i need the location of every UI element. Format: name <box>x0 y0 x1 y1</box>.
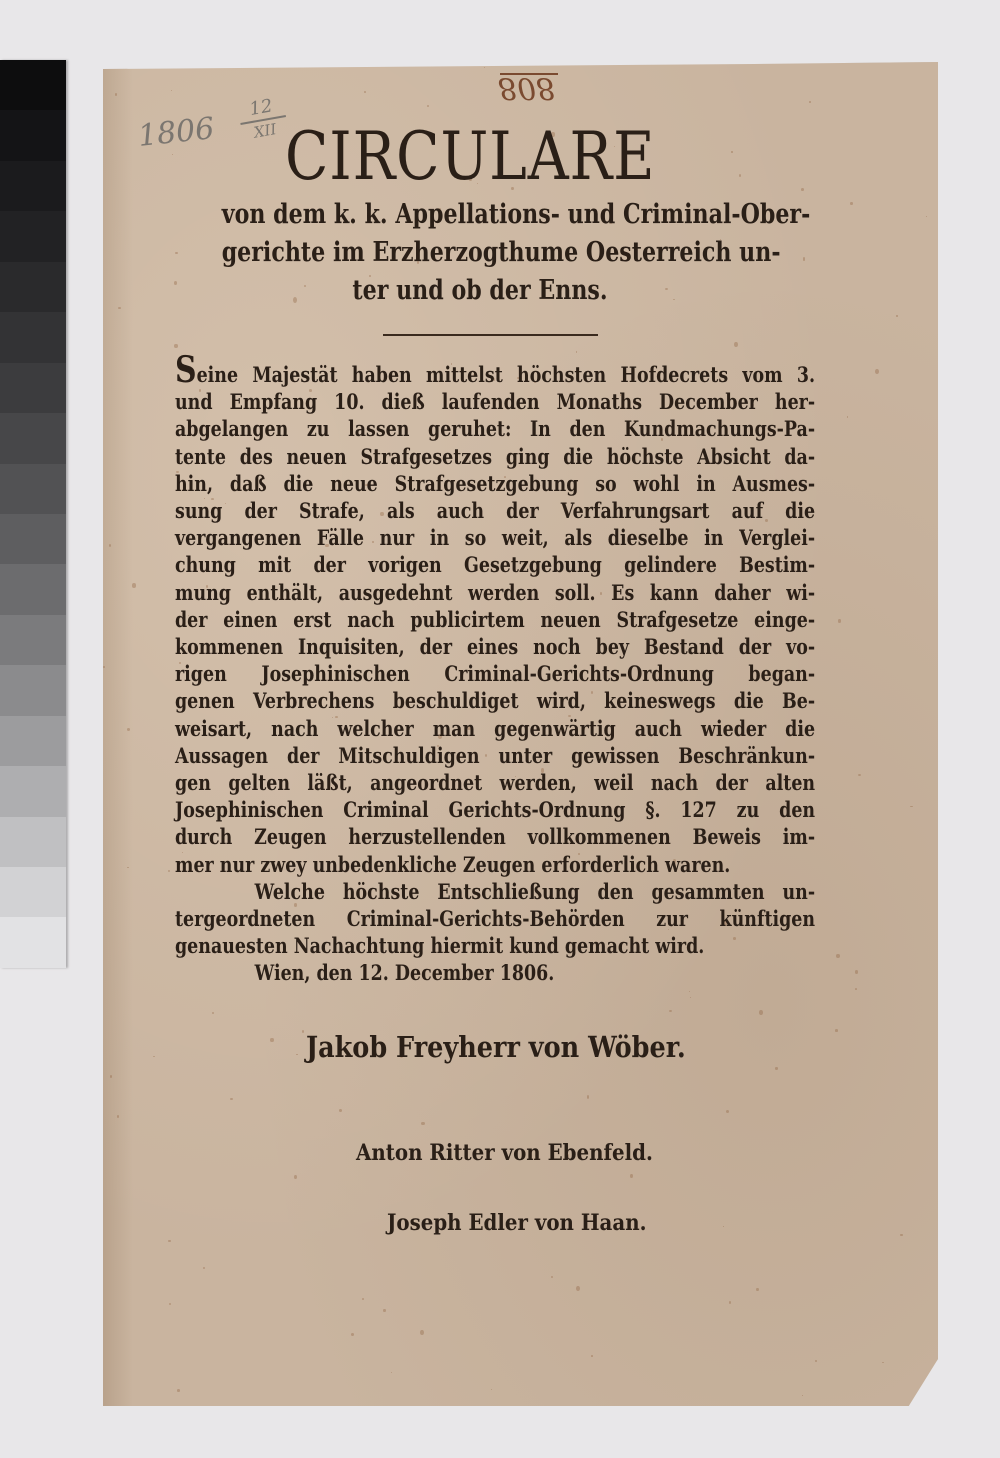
body-line: tente des neuen Strafgesetzes ging die h… <box>175 443 815 470</box>
paper-fiber <box>875 369 879 374</box>
paper-fiber <box>836 954 840 957</box>
paper-fiber <box>910 806 912 808</box>
paper-fiber <box>669 1010 672 1012</box>
body-line: sung der Strafe, als auch der Verfahrung… <box>175 497 815 524</box>
paper-fiber <box>383 1309 385 1312</box>
paper-fiber <box>127 728 130 731</box>
paper-fiber <box>203 1267 206 1270</box>
signature-president: Jakob Freyherr von Wöber. <box>306 1030 686 1064</box>
grayscale-step <box>0 211 66 261</box>
grayscale-step <box>0 262 66 312</box>
grayscale-step <box>0 665 66 715</box>
paper-fiber <box>174 344 177 347</box>
body-line: und Empfang 10. dieß laufenden Monaths D… <box>175 388 815 415</box>
body-line: hin, daß die neue Strafgesetzgebung so w… <box>175 470 815 497</box>
paper-fiber <box>731 151 732 152</box>
grayscale-calibration-strip <box>0 60 66 968</box>
issuer-line: gerichte im Erzherzogthume Oesterreich u… <box>222 234 739 272</box>
body-line: mer nur zwey unbedenkliche Zeugen erford… <box>175 851 815 878</box>
grayscale-step <box>0 413 66 463</box>
paper-fiber <box>296 1054 298 1056</box>
paper-fiber <box>802 1395 804 1396</box>
paper-fiber <box>339 1109 342 1112</box>
signature-councillor-1: Anton Ritter von Ebenfeld. <box>356 1140 653 1166</box>
body-line: kommenen Inquisiten, der eines noch bey … <box>175 633 815 660</box>
paper-fiber <box>809 101 810 103</box>
grayscale-step <box>0 716 66 766</box>
paper-fiber <box>364 91 366 93</box>
body-line: Josephinischen Criminal Gerichts-Ordnung… <box>175 796 815 823</box>
body-line: tergeordneten Criminal-Gerichts-Behörden… <box>175 905 815 932</box>
paper-fiber <box>127 867 129 868</box>
paper-fiber <box>900 1234 902 1237</box>
paper-fiber <box>169 1303 171 1305</box>
section-divider <box>383 334 598 336</box>
paper-fiber <box>882 1362 884 1363</box>
paper-fiber <box>171 90 173 91</box>
grayscale-step <box>0 817 66 867</box>
paper-fiber <box>212 1012 214 1014</box>
decree-body: Seine Majestät haben mittelst höchsten H… <box>175 360 815 987</box>
paper-fiber <box>172 154 173 156</box>
grayscale-step <box>0 615 66 665</box>
grayscale-step <box>0 60 66 110</box>
grayscale-step <box>0 917 66 967</box>
paper-fiber <box>775 1067 778 1069</box>
grayscale-step <box>0 161 66 211</box>
paper-fiber <box>690 997 691 998</box>
paper-fiber <box>118 307 121 309</box>
body-line: durch Zeugen herzustellenden vollkommene… <box>175 823 815 850</box>
paper-fiber <box>168 1240 170 1243</box>
paper-fiber <box>132 583 136 587</box>
body-line: gen gelten läßt, angeordnet werden, weil… <box>175 769 815 796</box>
issuer-heading: von dem k. k. Appellations- und Criminal… <box>165 196 795 310</box>
grayscale-step <box>0 110 66 160</box>
paper-fiber <box>420 1330 424 1336</box>
body-line: der einen erst nach publicirtem neuen St… <box>175 606 815 633</box>
paper-fiber <box>484 67 485 68</box>
body-line: chung mit der vorigen Gesetzgebung gelin… <box>175 551 815 578</box>
drop-cap: S <box>175 349 197 391</box>
paper-fiber <box>230 1098 233 1100</box>
paper-fiber <box>759 1010 763 1015</box>
paper-fiber <box>576 351 578 353</box>
paper-fiber <box>896 315 897 316</box>
paper-fiber <box>723 1226 724 1227</box>
paper-fiber <box>729 1301 731 1304</box>
paper-fiber <box>551 1276 553 1278</box>
body-line: genen Verbrechens beschuldiget wird, kei… <box>175 687 815 714</box>
grayscale-step <box>0 363 66 413</box>
paper-fiber <box>491 1389 492 1390</box>
signature-councillor-2: Joseph Edler von Haan. <box>387 1210 646 1236</box>
paper-fiber <box>858 774 861 776</box>
paper-fiber <box>815 1360 817 1362</box>
paper-fiber <box>855 970 858 973</box>
grayscale-step <box>0 867 66 917</box>
paper-fiber <box>115 93 117 96</box>
paper-fiber <box>726 1110 729 1113</box>
paper-fiber <box>294 1175 297 1179</box>
grayscale-step <box>0 766 66 816</box>
paper-fiber <box>421 1122 425 1126</box>
paper-fiber <box>835 1029 838 1032</box>
ink-archive-number: 808 <box>498 70 555 105</box>
paper-fiber <box>117 1115 119 1118</box>
paper-fiber <box>153 1056 155 1057</box>
paper-fiber <box>177 1389 180 1392</box>
paper-fiber <box>576 1286 580 1291</box>
paper-fiber <box>847 416 848 418</box>
grayscale-step <box>0 514 66 564</box>
paper-fiber <box>168 870 170 872</box>
grayscale-step <box>0 564 66 614</box>
grayscale-step <box>0 464 66 514</box>
paper-fiber <box>391 1372 392 1373</box>
paper-fiber <box>850 202 852 205</box>
paper-fiber <box>270 1038 273 1042</box>
paper-fiber <box>630 1174 633 1178</box>
issuer-line: von dem k. k. Appellations- und Criminal… <box>222 196 739 234</box>
paper-fiber <box>591 1355 592 1357</box>
paper-fiber <box>689 991 690 992</box>
document-title: CIRCULARE <box>285 118 638 195</box>
body-line: Seine Majestät haben mittelst höchsten H… <box>175 360 815 388</box>
paper-fiber <box>756 1288 758 1291</box>
paper-fiber <box>739 174 741 177</box>
body-line: Aussagen der Mitschuldigen unter gewisse… <box>175 742 815 769</box>
paper-fiber <box>362 1298 364 1300</box>
paper-fiber <box>801 188 804 191</box>
paper-fiber <box>351 1333 354 1336</box>
paper-fiber <box>109 544 111 547</box>
paper-fiber <box>855 988 857 990</box>
paper-fiber <box>587 1095 590 1098</box>
paper-fiber <box>803 257 806 261</box>
paper-fiber <box>240 63 243 65</box>
paper-fiber <box>926 216 927 218</box>
pencil-date-annotation: 12 XII <box>237 94 290 143</box>
date-line: Wien, den 12. December 1806. <box>175 959 815 986</box>
paper-fiber <box>838 619 840 623</box>
body-line: weisart, nach welcher man gegenwärtig au… <box>175 715 815 742</box>
grayscale-step <box>0 312 66 362</box>
body-line: abgelangen zu lassen geruhet: In den Kun… <box>175 415 815 442</box>
paper-fiber <box>427 105 429 107</box>
body-line: Welche höchste Entschließung den gesammt… <box>175 878 815 905</box>
paper-fiber <box>103 666 105 668</box>
paper-fiber <box>110 1075 112 1077</box>
body-line: rigen Josephinischen Criminal-Gerichts-O… <box>175 660 815 687</box>
body-line: vergangenen Fälle nur in so weit, als di… <box>175 524 815 551</box>
paper-fiber <box>734 342 737 348</box>
paper-fiber <box>302 1030 304 1033</box>
body-line: mung enthält, ausgedehnt werden soll. Es… <box>175 579 815 606</box>
body-line: genauesten Nachachtung hiermit kund gema… <box>175 932 815 959</box>
issuer-line: ter und ob der Enns. <box>222 272 739 310</box>
